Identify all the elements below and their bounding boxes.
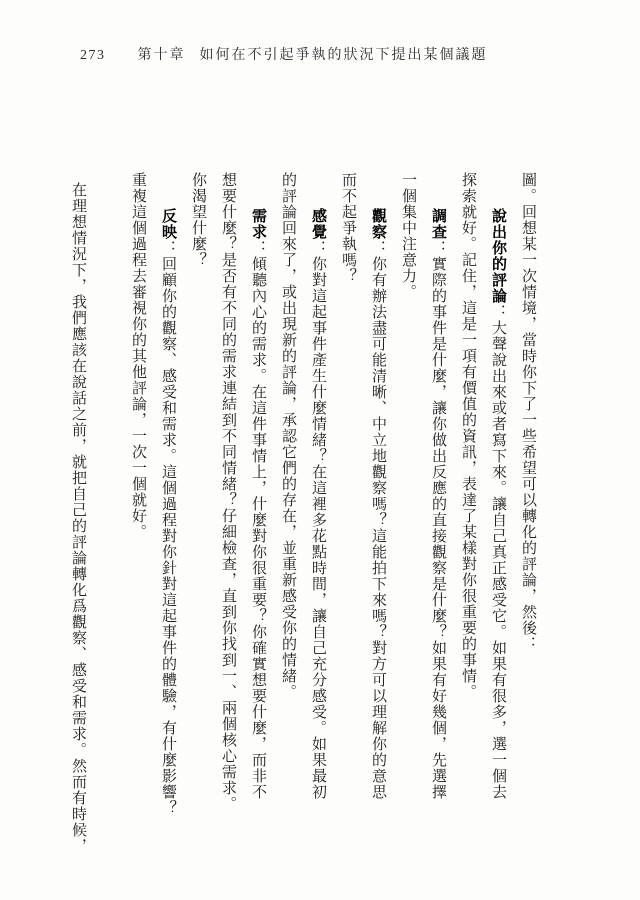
text-column: 說出你的評論：大聲說出來或者寫下來。讓自己真正感受它。如果有很多，選一個去 <box>483 172 513 872</box>
list-term: 說出你的評論 <box>490 208 506 304</box>
text-column: 想要什麼？是否有不同的需求連結到不同情緒？仔細檢查，直到你找到一、兩個核心需求。 <box>213 172 243 872</box>
page-number: 273 <box>80 48 106 64</box>
text-column: 調查：實際的事件是什麼，讓你做出反應的直接觀察是什麼？如果有好幾個，先選擇 <box>423 172 453 872</box>
chapter-title: 如何在不引起爭執的狀況下提出某個議題 <box>200 44 488 64</box>
text-column: 需求：傾聽內心的需求。在這件事情上，什麼對你很重要？你確實想要什麼，而非不 <box>243 172 273 872</box>
chapter-label: 第十章 <box>138 44 186 64</box>
text-column: 重複這個過程去審視你的其他評論，一次一個就好。 <box>123 172 153 872</box>
list-term: 感覺 <box>310 208 326 240</box>
list-term: 需求 <box>250 208 266 240</box>
list-term: 調查 <box>430 208 446 240</box>
text-column: 探索就好。記住，這是一項有價值的資訊，表達了某樣對你很重要的事情。 <box>453 172 483 872</box>
page-header: 273 第十章 如何在不引起爭執的狀況下提出某個議題 <box>80 44 488 64</box>
text-column: 的評論回來了，或出現新的評論，承認它們的存在，並重新感受你的情緒。 <box>273 172 303 872</box>
text-columns: 圖。回想某一次情境，當時你下了一些希望可以轉化的評論，然後：說出你的評論：大聲說… <box>63 172 543 872</box>
text-column: 圖。回想某一次情境，當時你下了一些希望可以轉化的評論，然後： <box>513 172 543 872</box>
text-column: 而不起爭執嗎？ <box>333 172 363 872</box>
list-term: 反映 <box>160 208 176 240</box>
text-column: 感覺：你對這起事件產生什麼情緒？在這裡多花點時間，讓自己充分感受。如果最初 <box>303 172 333 872</box>
list-term: 觀察 <box>370 208 386 240</box>
blank-column <box>93 172 123 872</box>
text-column: 反映：回顧你的觀察、感受和需求。這個過程對你針對這起事件的體驗，有什麼影響？ <box>153 172 183 872</box>
text-column: 你渴望什麼？ <box>183 172 213 872</box>
text-column: 一個集中注意力。 <box>393 172 423 872</box>
text-column: 在理想情況下，我們應該在說話之前，就把自己的評論轉化爲觀察、感受和需求。然而有時… <box>63 172 93 872</box>
text-column: 觀察：你有辦法盡可能清晰、中立地觀察嗎？這能拍下來嗎？對方可以理解你的意思 <box>363 172 393 872</box>
book-page: 273 第十章 如何在不引起爭執的狀況下提出某個議題 圖。回想某一次情境，當時你… <box>0 0 640 900</box>
